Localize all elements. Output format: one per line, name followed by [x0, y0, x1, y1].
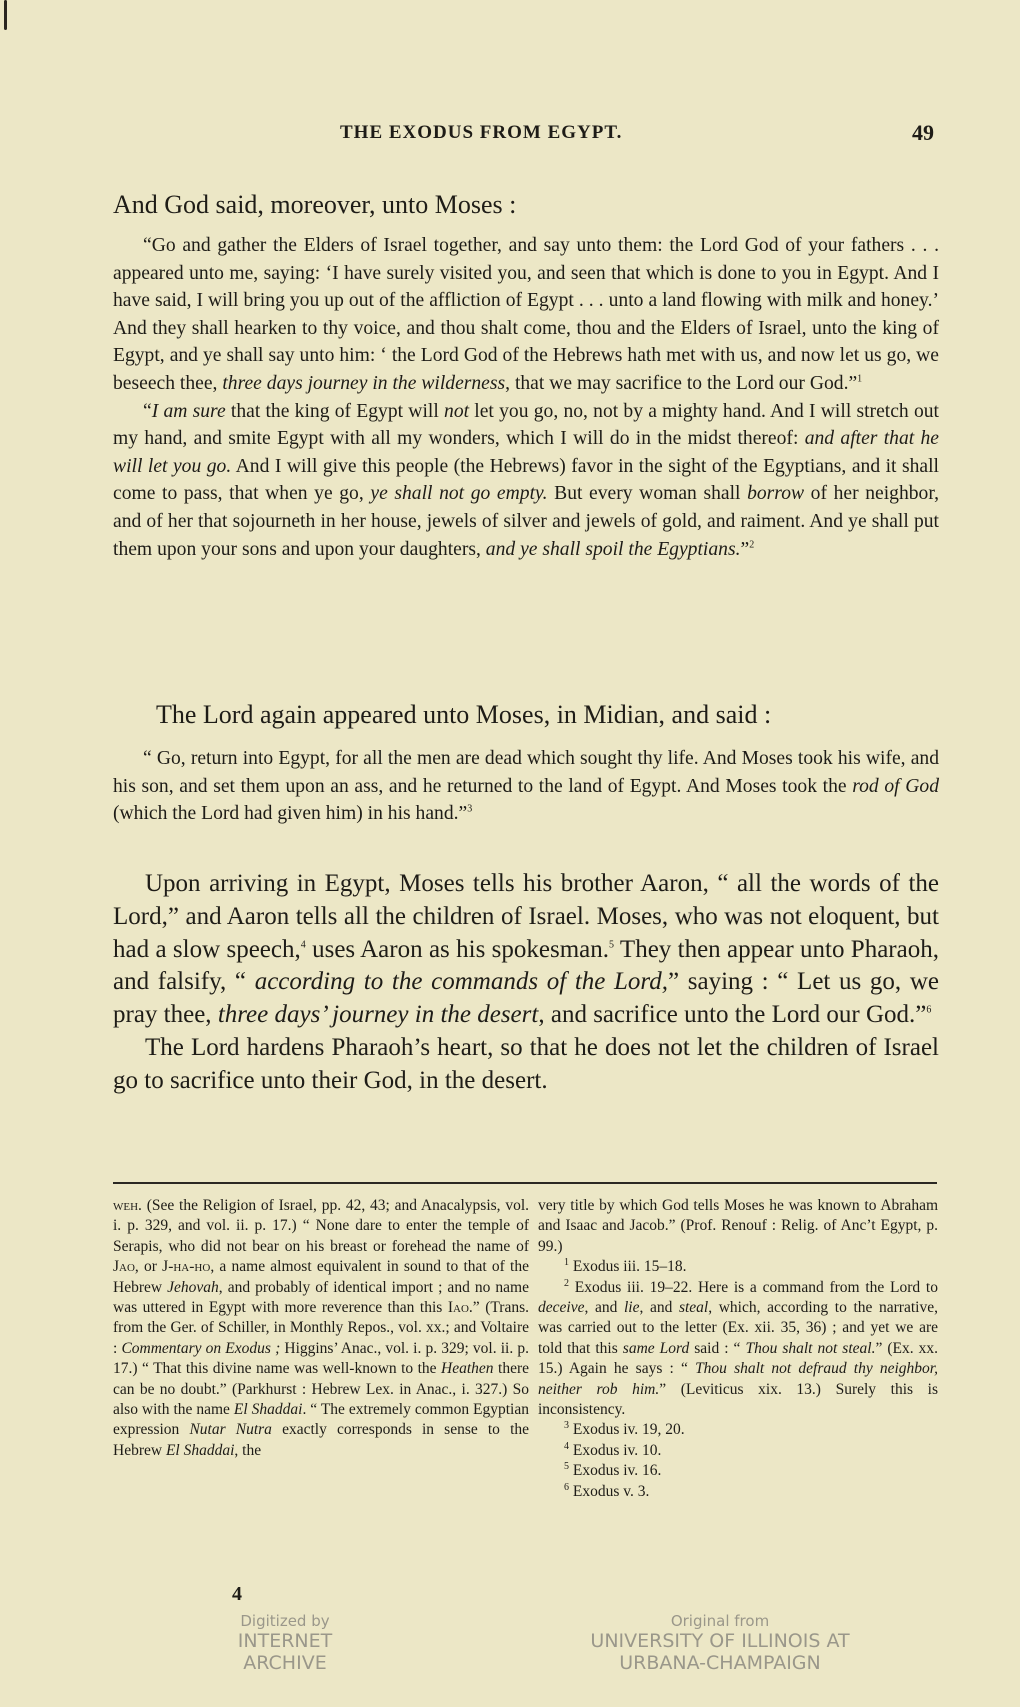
internet-archive-link: INTERNET ARCHIVE — [200, 1630, 370, 1674]
footnotes-right-column: very title by which God tells Moses he w… — [538, 1196, 938, 1502]
footnote-1: 1 Exodus iii. 15–18. — [538, 1257, 938, 1277]
footnote-6: 6 Exodus v. 3. — [538, 1482, 938, 1502]
quote-paragraph-2: “I am sure that the king of Egypt will n… — [113, 398, 939, 564]
footnote-divider — [113, 1182, 937, 1184]
original-from-watermark: Original from UNIVERSITY OF ILLINOIS AT … — [580, 1612, 860, 1674]
running-title: THE EXODUS FROM EGYPT. — [340, 122, 622, 144]
footnote-ref: 2 — [749, 539, 754, 550]
quote-paragraph-1: “Go and gather the Elders of Israel toge… — [113, 232, 939, 398]
quote-paragraph-3: “ Go, return into Egypt, for all the men… — [113, 745, 939, 828]
intro-heading-2: The Lord again appeared unto Moses, in M… — [156, 700, 982, 730]
footnote-ref: 3 — [467, 804, 472, 815]
footnote-3: 3 Exodus iv. 19, 20. — [538, 1420, 938, 1440]
footnote-ref: 6 — [926, 1005, 931, 1016]
footnote-ref: 1 — [857, 373, 862, 384]
intro-line-1: And God said, moreover, unto Moses : — [113, 190, 939, 220]
intro-line-2: The Lord again appeared unto Moses, in M… — [156, 700, 982, 730]
footnote-5: 5 Exodus iv. 16. — [538, 1461, 938, 1481]
intro-heading-1: And God said, moreover, unto Moses : — [113, 190, 939, 220]
footnotes-left-column: weh. (See the Religion of Israel, pp. 42… — [113, 1196, 529, 1461]
book-page: THE EXODUS FROM EGYPT. 49 And God said, … — [0, 0, 1020, 1707]
quote-block-2: “ Go, return into Egypt, for all the men… — [113, 745, 939, 828]
narrative-block: Upon arriving in Egypt, Moses tells his … — [113, 868, 939, 1098]
page-number: 49 — [912, 120, 934, 146]
narrative-paragraph-2: The Lord hardens Pharaoh’s heart, so tha… — [113, 1032, 939, 1098]
footnote-continuation-end: very title by which God tells Moses he w… — [538, 1196, 938, 1257]
footnote-2: 2 Exodus iii. 19–22. Here is a command f… — [538, 1278, 938, 1421]
digitized-by-watermark: Digitized by INTERNET ARCHIVE — [200, 1612, 370, 1674]
narrative-paragraph-1: Upon arriving in Egypt, Moses tells his … — [113, 868, 939, 1032]
signature-mark: 4 — [232, 1583, 242, 1606]
footnote-4: 4 Exodus iv. 10. — [538, 1441, 938, 1461]
scan-artifact-mark — [4, 0, 7, 30]
footnote-continuation: weh. (See the Religion of Israel, pp. 42… — [113, 1196, 529, 1461]
quote-block-1: “Go and gather the Elders of Israel toge… — [113, 232, 939, 563]
